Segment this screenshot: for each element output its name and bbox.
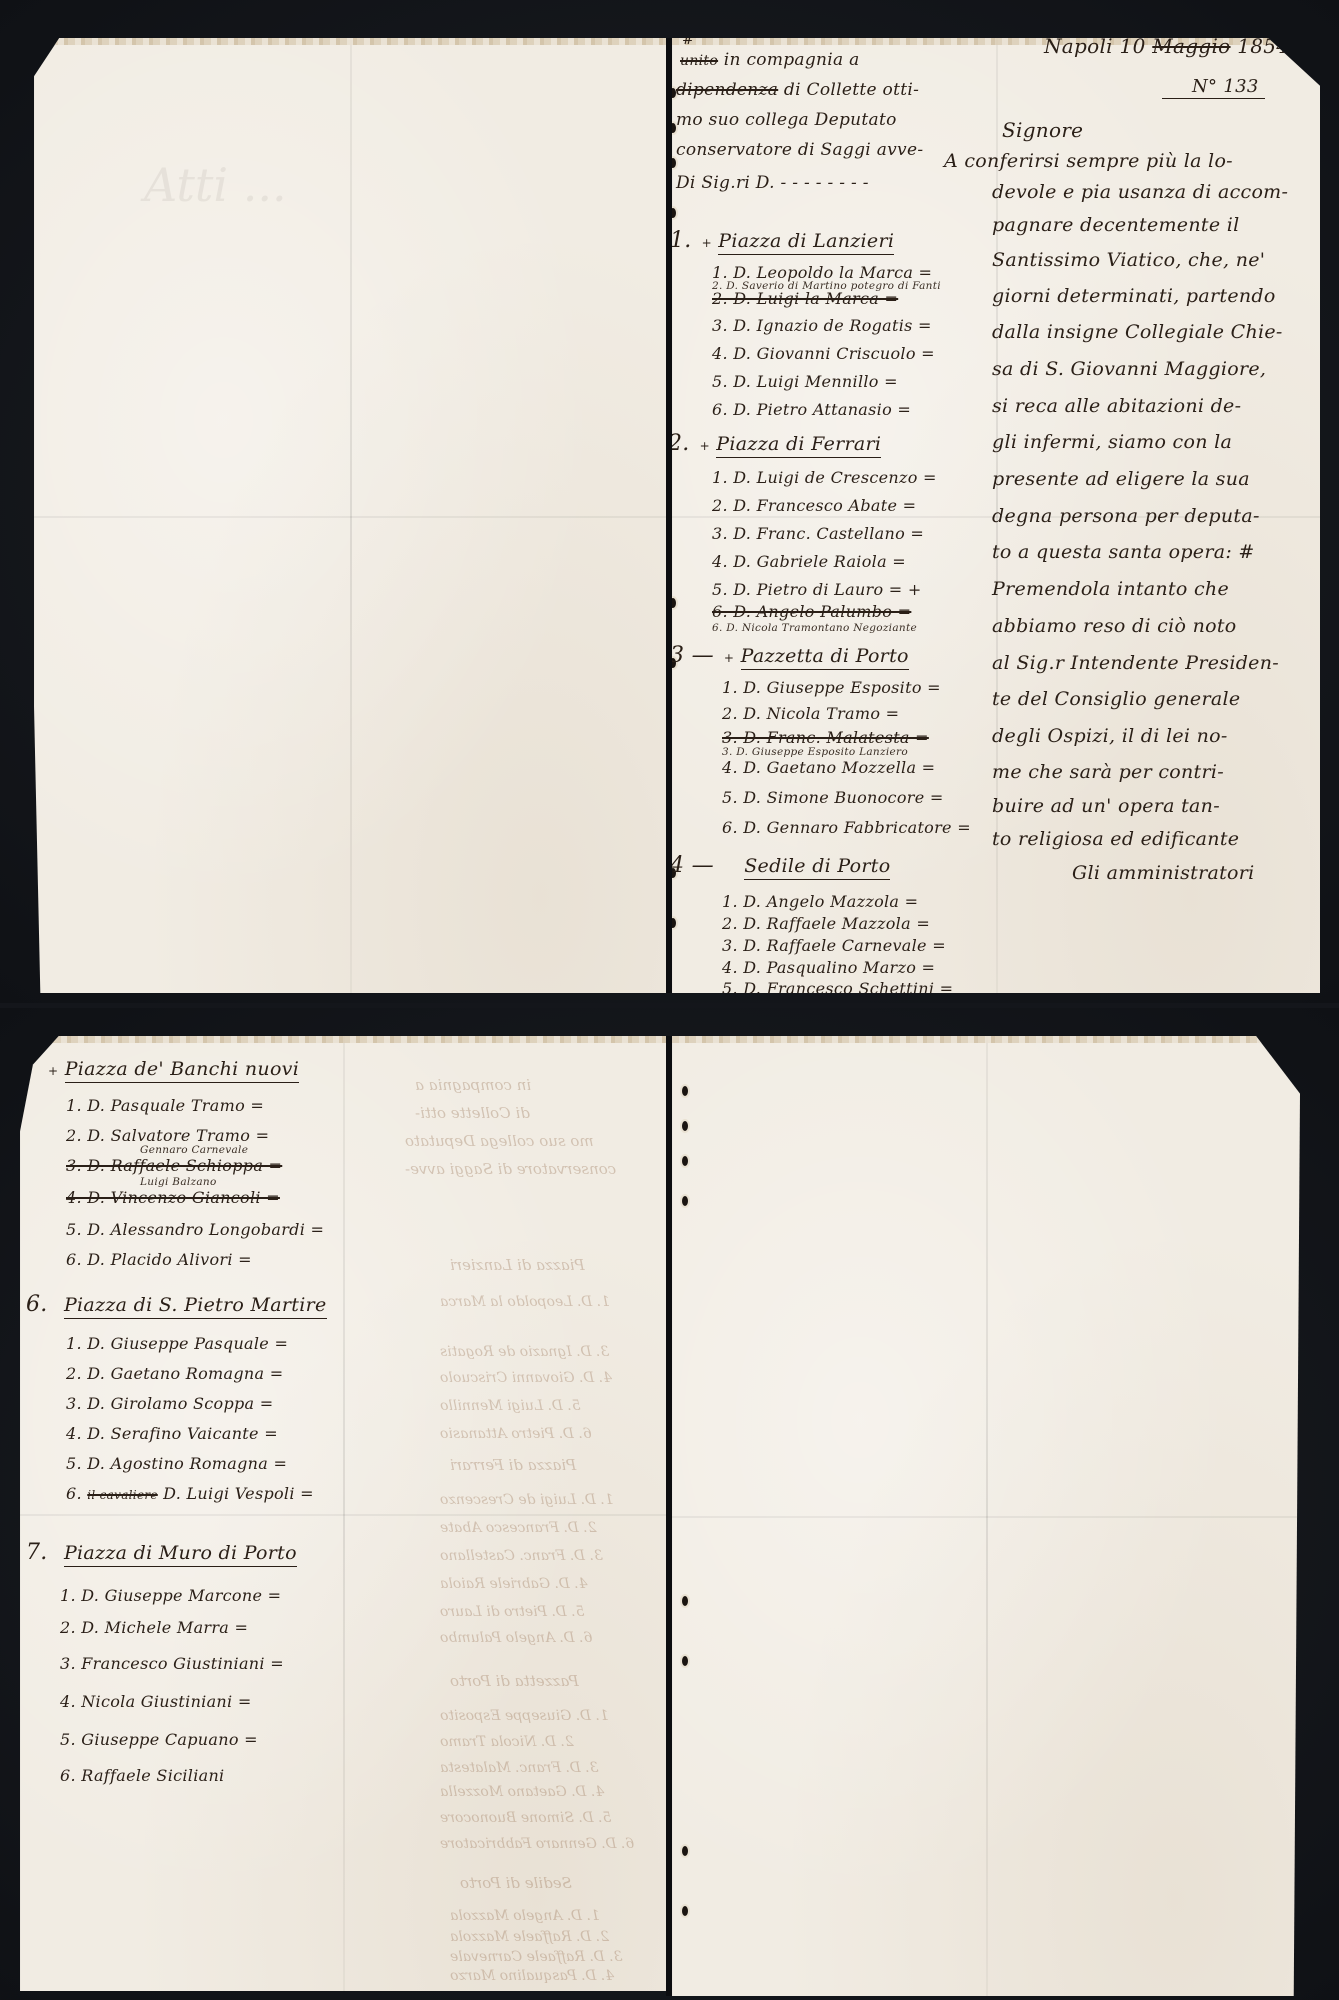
section-heading: + Piazza de' Banchi nuovi (48, 1058, 299, 1080)
bleed-through-line: conservatore di Saggi avve- (405, 1160, 616, 1178)
dateline: Napoli 10 Giugno Maggio 1854 (1044, 34, 1289, 58)
faint-watermark: Atti ... (144, 158, 287, 212)
stitch-hole (682, 1156, 688, 1166)
section-title: Piazza di Ferrari (716, 433, 881, 458)
letter-line: abbiamo reso di ciò noto (992, 615, 1237, 637)
intro-line: dipendenza di Collette otti- (676, 80, 919, 100)
list-entry: 4. D. Serafino Vaicante = (66, 1426, 278, 1442)
bleed-through-line: Piazza di Lanzieri (450, 1256, 585, 1274)
stitch-hole (682, 1656, 688, 1666)
bleed-through-line: 2. D. Raffaele Mazzola (450, 1929, 609, 1945)
letter-line: si reca alle abitazioni de- (992, 395, 1241, 417)
bottom-right-sheet (672, 1036, 1300, 1996)
bleed-through-line: 4. D. Gaetano Mozzella (440, 1784, 604, 1800)
list-entry-struck: 4. D. Vincenzo Giancoli = (66, 1190, 280, 1206)
letter-line: sa di S. Giovanni Maggiore, (992, 358, 1266, 380)
intro-line: Di Sig.ri D. - - - - - - - - (676, 173, 869, 193)
letter-line: degli Ospizi, il di lei no- (992, 725, 1228, 747)
list-entry: 6. il cavaliere D. Luigi Vespoli = (66, 1486, 314, 1502)
letter-line: te del Consiglio generale (992, 688, 1240, 710)
letter-line: buire ad un' opera tan- (992, 795, 1220, 817)
section-title: Piazza di Lanzieri (718, 230, 894, 255)
top-photograph: Atti ... N° 80. # unito in compagnia a d… (0, 0, 1339, 1003)
letter-line: gli infermi, siamo con la (992, 431, 1232, 453)
stitch-hole (682, 1121, 688, 1131)
list-entry: 6. D. Placido Alivori = (66, 1252, 252, 1268)
bleed-through-line: 5. D. Luigi Mennillo (440, 1398, 581, 1414)
list-entry: 6. Raffaele Siciliani (60, 1768, 224, 1784)
list-entry: 5. D. Simone Buonocore = (722, 790, 944, 806)
deckle-edge (34, 35, 666, 45)
salutation: Signore (1002, 118, 1083, 142)
letter-line: me che sarà per contri- (992, 761, 1224, 783)
bleed-through-line: Piazza di Ferrari (450, 1456, 576, 1474)
list-entry: 2. D. Francesco Abate = (712, 498, 916, 514)
list-entry: 5. Giuseppe Capuano = (60, 1732, 258, 1748)
bleed-through-line: 5. D. Simone Buonocore (440, 1810, 611, 1826)
bleed-through-line: 2. D. Nicola Tramo (440, 1734, 574, 1750)
protocol-number: N° 133 (1162, 76, 1265, 99)
bleed-through-line: 1. D. Giuseppe Esposito (440, 1708, 609, 1724)
list-entry-struck: 6. D. Angelo Palumbo = (712, 604, 911, 620)
list-entry: 1. D. Giuseppe Esposito = (722, 680, 941, 696)
list-entry-struck: 3. D. Raffaele Schioppa = (66, 1158, 282, 1174)
list-entry-struck: 2. D. Luigi la Marca = (712, 291, 898, 307)
list-entry: 5. D. Alessandro Longobardi = (66, 1222, 324, 1238)
deckle-edge (20, 1033, 666, 1043)
list-entry: 2. D. Gaetano Romagna = (66, 1366, 283, 1382)
list-entry: 1. D. Pasquale Tramo = (66, 1098, 264, 1114)
section-heading: 1.+ Piazza di Lanzieri (670, 228, 894, 253)
stitch-hole (682, 1086, 688, 1096)
bleed-through-line: 3. D. Franc. Malatesta (440, 1760, 599, 1776)
month-struck: Maggio (1152, 34, 1230, 58)
stitch-hole (682, 1196, 688, 1206)
section-heading: 7. Piazza di Muro di Porto (26, 1540, 297, 1565)
bleed-through-line: di Collette otti- (415, 1104, 530, 1122)
top-left-sheet: Atti ... (34, 38, 666, 993)
list-entry: 3. D. Franc. Castellano = (712, 526, 924, 542)
list-entry: 5. D. Agostino Romagna = (66, 1456, 287, 1472)
bleed-through-line: 6. D. Pietro Attanasio (440, 1426, 592, 1442)
stitch-hole (682, 1846, 688, 1856)
list-entry: 5. D. Pietro di Lauro = + (712, 582, 922, 598)
letter-line: to religiosa ed edificante (992, 828, 1239, 850)
bleed-through-line: 6. D. Gennaro Fabbricatore (440, 1836, 634, 1852)
bleed-through-line: Pazzetta di Porto (450, 1672, 579, 1690)
list-entry-struck: 3. D. Franc. Malatesta = (722, 730, 929, 746)
letter-line: degna persona per deputa- (992, 505, 1260, 527)
bleed-through-line: 1. D. Luigi de Crescenzo (440, 1492, 614, 1508)
list-entry: 2. D. Nicola Tramo = (722, 706, 899, 722)
bottom-left-sheet: in compagnia a di Collette otti- mo suo … (20, 1036, 666, 1991)
section-heading: 6. Piazza di S. Pietro Martire (26, 1292, 327, 1317)
section-heading: 4 — Sedile di Porto (670, 853, 890, 878)
list-entry: 5. D. Luigi Mennillo = (712, 374, 898, 390)
list-entry: 4. D. Gaetano Mozzella = (722, 760, 935, 776)
correction-note: 6. D. Nicola Tramontano Negoziante (712, 622, 917, 634)
list-entry: 1. D. Giuseppe Pasquale = (66, 1336, 288, 1352)
correction-note: 3. D. Giuseppe Esposito Lanziero (722, 746, 908, 758)
intro-line: conservatore di Saggi avve- (676, 140, 923, 160)
bleed-through-line: 1. D. Angelo Mazzola (450, 1908, 600, 1924)
list-entry: 3. Francesco Giustiniani = (60, 1656, 284, 1672)
section-title: Piazza de' Banchi nuovi (65, 1058, 299, 1083)
list-entry: 2. D. Michele Marra = (60, 1620, 248, 1636)
section-title: Piazza di Muro di Porto (64, 1542, 297, 1567)
letter-line: Santissimo Viatico, che, ne' (992, 249, 1265, 271)
bleed-through-line: 3. D. Ignazio de Rogatis (440, 1344, 609, 1360)
bleed-through-line: mo suo collega Deputato (405, 1132, 594, 1150)
bleed-through-line: 4. D. Giovanni Criscuolo (440, 1370, 612, 1386)
signature: Gli amministratori (1072, 862, 1255, 884)
list-entry: 3. D. Raffaele Carnevale = (722, 938, 946, 954)
list-entry: 1. D. Giuseppe Marcone = (60, 1588, 281, 1604)
stitch-hole (682, 1596, 688, 1606)
intro-line: mo suo collega Deputato (676, 110, 897, 130)
list-entry: 4. D. Giovanni Criscuolo = (712, 346, 935, 362)
page-number: N° 80. (808, 24, 859, 42)
letter-line: dalla insigne Collegiale Chie- (992, 321, 1283, 343)
section-heading: 3 —+ Pazzetta di Porto (670, 643, 909, 668)
letter-line: Premendola intanto che (992, 578, 1229, 600)
list-entry: 2. D. Salvatore Tramo = (66, 1128, 269, 1144)
correction-note: Luigi Balzano (140, 1176, 217, 1188)
list-entry: 1. D. Angelo Mazzola = (722, 894, 918, 910)
correction-note: Gennaro Carnevale (140, 1144, 248, 1156)
list-entry: 3. D. Ignazio de Rogatis = (712, 318, 932, 334)
bleed-through-line: Sedile di Porto (460, 1874, 572, 1892)
bleed-through-line: 2. D. Francesco Abate (440, 1520, 597, 1536)
letter-line: A conferirsi sempre più la lo- (944, 150, 1233, 172)
bleed-through-line: in compagnia a (415, 1076, 531, 1094)
letter-line: presente ad eligere la sua (992, 468, 1250, 490)
section-heading: 2.+ Piazza di Ferrari (668, 431, 881, 456)
letter-line: al Sig.r Intendente Presiden- (992, 652, 1279, 674)
intro-line: unito in compagnia a (680, 50, 860, 70)
deckle-edge (672, 1033, 1300, 1043)
list-entry: 6. D. Pietro Attanasio = (712, 402, 911, 418)
section-title: Piazza di S. Pietro Martire (64, 1294, 327, 1319)
list-entry: 3. D. Girolamo Scoppa = (66, 1396, 273, 1412)
letter-line: devole e pia usanza di accom- (992, 181, 1288, 203)
section-title: Sedile di Porto (744, 855, 890, 880)
letter-line: to a questa santa opera: # (992, 541, 1255, 563)
bottom-photograph: in compagnia a di Collette otti- mo suo … (0, 1008, 1339, 2000)
list-entry: 5. D. Francesco Schettini = (722, 981, 953, 997)
letter-line: giorni determinati, partendo (992, 285, 1276, 307)
list-entry: 6. D. Gennaro Fabbricatore = (722, 820, 971, 836)
list-entry: 4. D. Gabriele Raiola = (712, 554, 906, 570)
bleed-through-line: 1. D. Leopoldo la Marca (440, 1294, 610, 1310)
bleed-through-line: 3. D. Raffaele Carnevale (450, 1949, 622, 1965)
spine-gap (666, 1036, 672, 1996)
top-right-sheet: N° 80. # unito in compagnia a dipendenza… (672, 38, 1320, 993)
hash-mark: # (682, 32, 694, 48)
bleed-through-line: 6. D. Angelo Palumbo (440, 1630, 592, 1646)
faint-watermark (972, 1186, 987, 1240)
list-entry: 6. D. Salvatore Pane = (722, 1002, 912, 1003)
bleed-through-line: 5. D. Pietro di Lauro (440, 1604, 584, 1620)
spine-gap (666, 38, 672, 993)
section-title: Pazzetta di Porto (741, 645, 909, 670)
bleed-through-line: 4. D. Gabriele Raiola (440, 1576, 588, 1592)
list-entry: 2. D. Raffaele Mazzola = (722, 916, 930, 932)
list-entry: 4. Nicola Giustiniani = (60, 1694, 252, 1710)
bleed-through-line: 4. D. Pasqualino Marzo (450, 1968, 614, 1984)
list-entry: 1. D. Leopoldo la Marca = (712, 265, 932, 281)
letter-line: pagnare decentemente il (992, 214, 1239, 236)
stitch-hole (682, 1906, 688, 1916)
bleed-through-line: 3. D. Franc. Castellano (440, 1548, 603, 1564)
list-entry: 4. D. Pasqualino Marzo = (722, 960, 935, 976)
month-correction: Giugno (1158, 20, 1204, 34)
list-entry: 1. D. Luigi de Crescenzo = (712, 470, 937, 486)
